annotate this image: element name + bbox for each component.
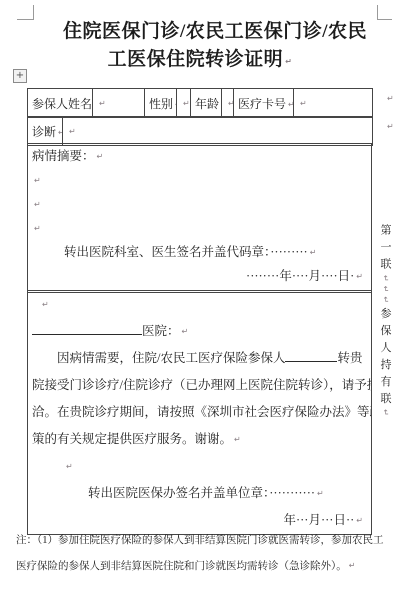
diagnosis-value-cell[interactable]: ↵ bbox=[63, 117, 373, 146]
paragraph-mark: ↵ bbox=[42, 300, 49, 309]
paragraph-mark: ↵ bbox=[285, 57, 292, 66]
office-date-text: 年···月···日·· bbox=[283, 513, 354, 527]
paragraph-mark: ↵ bbox=[381, 275, 390, 286]
paragraph-mark: ↵ bbox=[66, 462, 73, 471]
hospital-name-blank[interactable] bbox=[32, 321, 142, 335]
paragraph-mark: ↵ bbox=[381, 286, 390, 297]
dept-signature-line: 转出医院科室、医生签名并盖代码章：·········↵ bbox=[32, 240, 367, 264]
paragraph-mark: ↵ bbox=[356, 516, 363, 525]
request-paragraph-line-1: 因病情需要，住院/农民工医疗保险参保人转贵 bbox=[32, 345, 367, 372]
request-paragraph-line-3: 洽。在贵院诊疗期间，请按照《深圳市社会医疗保险办法》等政 bbox=[32, 399, 367, 426]
footnote-line-2: 医疗保险的参保人到非结算医院住院和门诊就医均需转诊（急诊除外）。↵ bbox=[16, 553, 394, 579]
document-title: 住院医保门诊/农民工医保门诊/农民 工医保住院转诊证明↵ bbox=[0, 18, 400, 76]
request-text: 策的有关规定提供医疗服务。谢谢。 bbox=[32, 432, 232, 446]
empty-line[interactable]: ↵ bbox=[32, 192, 367, 216]
age-label-cell: 年龄↵ bbox=[191, 89, 222, 118]
paragraph-mark: ↵ bbox=[381, 409, 390, 420]
summary-label: 病情摘要： bbox=[32, 149, 95, 163]
empty-line[interactable]: ↵ bbox=[32, 168, 367, 192]
footnote: 注：（1）参加住院医疗保险的参保人到非结算医院门诊就医需转诊，参加农民工 医疗保… bbox=[16, 528, 394, 579]
paragraph-mark: ↵ bbox=[97, 152, 104, 161]
footnote-line-2-text: 医疗保险的参保人到非结算医院住院和门诊就医均需转诊（急诊除外）。 bbox=[16, 561, 347, 572]
paragraph-mark: ↵ bbox=[34, 224, 41, 233]
row-end-mark: ↵ bbox=[387, 94, 394, 103]
patient-info-table: 参保人姓名↵ ↵ 性别↵ ↵ 年龄↵ ↵ 医疗卡号↵ ↵ bbox=[27, 88, 373, 118]
copy-label-vertical: 第一联↵↵↵参保人持有联↵ bbox=[377, 224, 393, 424]
summary-label-line: 病情摘要：↵ bbox=[32, 144, 367, 168]
copy-number-label: 第一联 bbox=[379, 224, 391, 275]
gender-value-cell[interactable]: ↵ bbox=[177, 89, 191, 118]
name-label: 参保人姓名 bbox=[32, 97, 92, 111]
office-signature-text: 转出医院医保办签名并盖单位章：··········· bbox=[88, 486, 315, 500]
summary-cell[interactable]: 病情摘要：↵ ↵ ↵ ↵ 转出医院科室、医生签名并盖代码章：·········↵… bbox=[28, 144, 372, 293]
paragraph-mark: ↵ bbox=[310, 248, 317, 257]
request-paragraph-line-4: 策的有关规定提供医疗服务。谢谢。↵ bbox=[32, 426, 367, 453]
age-value-cell[interactable]: ↵ bbox=[222, 89, 234, 118]
paragraph-mark: ↵ bbox=[58, 128, 62, 137]
card-label: 医疗卡号 bbox=[238, 97, 286, 111]
paragraph-mark: ↵ bbox=[381, 296, 390, 307]
table-move-handle-glyph: + bbox=[16, 70, 24, 81]
paragraph-mark: ↵ bbox=[34, 200, 41, 209]
empty-line[interactable]: ↵ bbox=[32, 453, 367, 480]
name-value-cell[interactable]: ↵ bbox=[93, 89, 145, 118]
paragraph-mark: ↵ bbox=[99, 99, 106, 108]
document-page: 住院医保门诊/农民工医保门诊/农民 工医保住院转诊证明↵ + ↵ ↵ 参保人姓名… bbox=[0, 0, 400, 589]
request-cell[interactable]: ↵ 医院：↵ 因病情需要，住院/农民工医疗保险参保人转贵 院接受门诊诊疗/住院诊… bbox=[28, 291, 372, 535]
card-label-cell: 医疗卡号↵ bbox=[234, 89, 294, 118]
copy-holder-label: 参保人持有联 bbox=[379, 307, 391, 409]
paragraph-mark: ↵ bbox=[182, 327, 189, 336]
title-line-2: 工医保住院转诊证明↵ bbox=[0, 46, 400, 76]
request-text: 因病情需要，住院/农民工医疗保险参保人 bbox=[57, 351, 285, 365]
diagnosis-table: 诊断↵ ↵ bbox=[27, 116, 373, 146]
paragraph-mark: ↵ bbox=[69, 127, 76, 136]
age-label: 年龄 bbox=[195, 97, 219, 111]
empty-line[interactable]: ↵ bbox=[32, 291, 367, 318]
paragraph-mark: ↵ bbox=[356, 272, 363, 281]
request-table: ↵ 医院：↵ 因病情需要，住院/农民工医疗保险参保人转贵 院接受门诊诊疗/住院诊… bbox=[27, 290, 372, 535]
row-end-mark: ↵ bbox=[387, 122, 394, 131]
request-text: 转贵 bbox=[337, 351, 362, 365]
paragraph-mark: ↵ bbox=[228, 99, 234, 108]
title-line-2-text: 工医保住院转诊证明 bbox=[108, 49, 284, 70]
paragraph-mark: ↵ bbox=[34, 176, 41, 185]
dept-date-text: ········年····月····日· bbox=[246, 269, 354, 283]
hospital-suffix: 医院： bbox=[142, 324, 180, 338]
name-label-cell: 参保人姓名↵ bbox=[28, 89, 93, 118]
request-paragraph-line-2: 院接受门诊诊疗/住院诊疗（已办理网上医院住院转诊），请予接 bbox=[32, 372, 367, 399]
footnote-line-1: 注：（1）参加住院医疗保险的参保人到非结算医院门诊就医需转诊，参加农民工 bbox=[16, 528, 394, 553]
patient-name-blank[interactable] bbox=[285, 348, 337, 362]
paragraph-mark: ↵ bbox=[183, 99, 190, 108]
hospital-name-line: 医院：↵ bbox=[32, 318, 367, 345]
dept-date-line: ········年····月····日·↵ bbox=[32, 264, 367, 288]
dept-signature-text: 转出医院科室、医生签名并盖代码章：········· bbox=[64, 245, 308, 259]
gender-label: 性别 bbox=[149, 97, 173, 111]
diagnosis-label: 诊断 bbox=[32, 125, 56, 139]
office-signature-line: 转出医院医保办签名并盖单位章：···········↵ bbox=[32, 480, 367, 507]
table-move-handle-icon[interactable]: + bbox=[13, 69, 27, 83]
empty-line[interactable]: ↵ bbox=[32, 216, 367, 240]
gender-label-cell: 性别↵ bbox=[145, 89, 177, 118]
summary-table: 病情摘要：↵ ↵ ↵ ↵ 转出医院科室、医生签名并盖代码章：·········↵… bbox=[27, 143, 372, 293]
diagnosis-label-cell: 诊断↵ bbox=[28, 117, 63, 146]
paragraph-mark: ↵ bbox=[349, 561, 356, 570]
card-value-cell[interactable]: ↵ bbox=[294, 89, 373, 118]
title-line-1: 住院医保门诊/农民工医保门诊/农民 bbox=[0, 18, 400, 46]
paragraph-mark: ↵ bbox=[300, 99, 307, 108]
paragraph-mark: ↵ bbox=[317, 489, 324, 498]
paragraph-mark: ↵ bbox=[288, 100, 293, 109]
paragraph-mark: ↵ bbox=[234, 435, 241, 444]
